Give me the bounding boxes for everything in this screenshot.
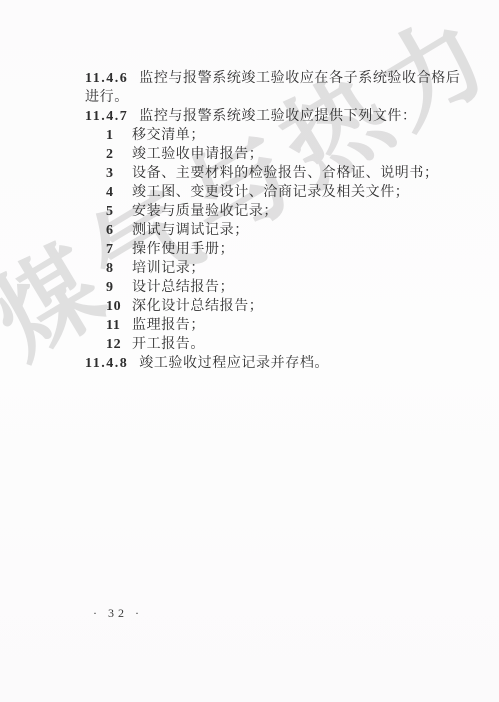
list-item-number: 2: [106, 145, 122, 164]
section-11-4-6: 11.4.6监控与报警系统竣工验收应在各子系统验收合格后进行。: [85, 69, 465, 107]
list-item-text: 测试与调试记录；: [132, 223, 249, 238]
list-item-number: 1: [106, 126, 122, 145]
section-number: 11.4.7: [85, 109, 128, 124]
list-item-number: 5: [106, 202, 122, 221]
list-item: 6测试与调试记录；: [106, 221, 465, 240]
document-page: 煤气与热力 11.4.6监控与报警系统竣工验收应在各子系统验收合格后进行。 11…: [0, 0, 499, 702]
list-item-number: 6: [106, 221, 122, 240]
section-text: 监控与报警系统竣工验收应提供下列文件：: [139, 109, 416, 124]
section-text: 竣工验收过程应记录并存档。: [139, 356, 329, 371]
list-item-text: 移交清单；: [132, 128, 205, 143]
section-11-4-7: 11.4.7监控与报警系统竣工验收应提供下列文件：: [85, 107, 465, 126]
list-item-text: 设计总结报告；: [132, 280, 234, 295]
list-item-number: 12: [106, 335, 122, 354]
list-item: 1移交清单；: [106, 126, 465, 145]
list-item-number: 11: [106, 316, 122, 335]
section-11-4-8: 11.4.8竣工验收过程应记录并存档。: [85, 354, 465, 373]
page-content: 11.4.6监控与报警系统竣工验收应在各子系统验收合格后进行。 11.4.7监控…: [85, 69, 465, 373]
list-item-text: 操作使用手册；: [132, 242, 234, 257]
list-item: 11监理报告；: [106, 316, 465, 335]
list-item-number: 9: [106, 278, 122, 297]
list-item-text: 安装与质量验收记录；: [132, 204, 278, 219]
list-item: 8培训记录；: [106, 259, 465, 278]
list-item-text: 设备、主要材料的检验报告、合格证、说明书；: [132, 166, 439, 181]
list-item-number: 10: [106, 297, 122, 316]
list-item: 4竣工图、变更设计、洽商记录及相关文件；: [106, 183, 465, 202]
section-number: 11.4.8: [85, 356, 128, 371]
required-documents-list: 1移交清单； 2竣工验收申请报告； 3设备、主要材料的检验报告、合格证、说明书；…: [85, 126, 465, 354]
section-text: 监控与报警系统竣工验收应在各子系统验收合格后进行。: [85, 71, 460, 105]
list-item-number: 4: [106, 183, 122, 202]
list-item-text: 监理报告；: [132, 318, 205, 333]
list-item-text: 深化设计总结报告；: [132, 299, 263, 314]
list-item: 5安装与质量验收记录；: [106, 202, 465, 221]
list-item: 2竣工验收申请报告；: [106, 145, 465, 164]
list-item: 12开工报告。: [106, 335, 465, 354]
list-item: 7操作使用手册；: [106, 240, 465, 259]
list-item-number: 3: [106, 164, 122, 183]
section-number: 11.4.6: [85, 71, 128, 86]
page-number: · 32 ·: [93, 606, 143, 621]
list-item: 9设计总结报告；: [106, 278, 465, 297]
list-item-text: 培训记录；: [132, 261, 205, 276]
list-item-number: 8: [106, 259, 122, 278]
list-item-text: 竣工图、变更设计、洽商记录及相关文件；: [132, 185, 409, 200]
list-item: 3设备、主要材料的检验报告、合格证、说明书；: [106, 164, 465, 183]
list-item-number: 7: [106, 240, 122, 259]
list-item-text: 竣工验收申请报告；: [132, 147, 263, 162]
list-item: 10深化设计总结报告；: [106, 297, 465, 316]
list-item-text: 开工报告。: [132, 337, 205, 352]
